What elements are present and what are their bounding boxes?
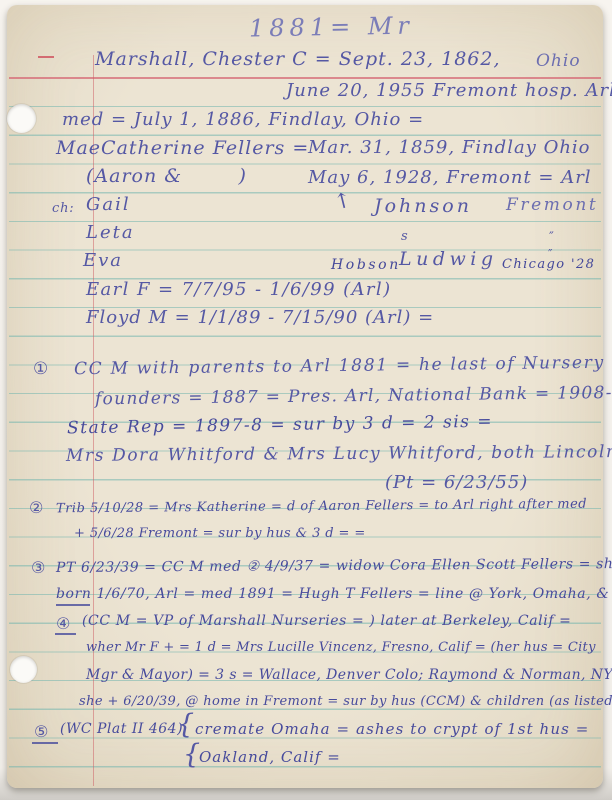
hole-punch-bottom bbox=[10, 656, 37, 683]
note-4-line: she + 6/20/39, @ home in Fremont = sur b… bbox=[79, 695, 612, 708]
child-name: Gail bbox=[86, 196, 131, 214]
underline-mark bbox=[56, 604, 90, 606]
child-note: s bbox=[401, 230, 408, 243]
underline-mark bbox=[32, 742, 58, 744]
brace-icon: { bbox=[177, 711, 195, 738]
child-name: Leta bbox=[86, 224, 135, 242]
hole-punch-top bbox=[7, 104, 36, 133]
note-3-line: born 1/6/70, Arl = med 1891 = Hugh T Fel… bbox=[56, 587, 609, 601]
child-former-spouse: Hobson bbox=[331, 258, 401, 272]
page-heading: 1881= Mr bbox=[249, 14, 414, 41]
ditto-mark: ″ bbox=[549, 231, 555, 244]
child-name-dates: Floyd M = 1/1/89 - 7/15/90 (Arl) = bbox=[86, 309, 434, 327]
subject-birth-place: Ohio bbox=[536, 53, 581, 70]
note-4-line: wher Mr F + = 1 d = Mrs Lucille Vincenz,… bbox=[86, 641, 596, 654]
note-5-line: cremate Omaha = ashes to crypt of 1st hu… bbox=[195, 722, 589, 737]
wife-birth-line: Mar. 31, 1859, Findlay Ohio bbox=[308, 139, 591, 157]
wife-death-line: May 6, 1928, Fremont = Arl bbox=[308, 169, 592, 187]
note-marker-3: ③ bbox=[31, 560, 46, 576]
note-marker-5: ⑤ bbox=[34, 724, 49, 740]
children-label: ch: bbox=[52, 202, 74, 215]
subject-name-birth: Marshall, Chester C = Sept. 23, 1862, bbox=[95, 50, 501, 69]
child-name-dates: Earl F = 7/7/95 - 1/6/99 (Arl) bbox=[86, 281, 392, 299]
note-5-line: Oakland, Calif = bbox=[199, 750, 341, 765]
note-3-line: PT 6/23/39 = CC M med ② 4/9/37 = widow C… bbox=[56, 557, 612, 575]
note-2-line: + 5/6/28 Fremont = sur by hus & 3 d = = bbox=[74, 527, 366, 540]
child-name: Eva bbox=[83, 252, 123, 270]
child-residence: Fremont bbox=[506, 197, 598, 214]
note-marker-2: ② bbox=[29, 500, 44, 516]
marriage-line: med = July 1, 1886, Findlay, Ohio = bbox=[62, 111, 424, 129]
top-margin-rule bbox=[9, 77, 601, 79]
note-1-citation: (Pt = 6/23/55) bbox=[385, 474, 528, 492]
wife-name: MaeCatherine Fellers = bbox=[56, 139, 309, 158]
note-marker-4: ④ bbox=[56, 616, 71, 632]
subject-death-line: June 20, 1955 Fremont hosp. Arl bbox=[286, 82, 612, 100]
child-spouse: Ludwig bbox=[399, 250, 498, 269]
note-marker-1: ① bbox=[33, 361, 49, 378]
note-5-citation: (WC Plat II 464) bbox=[60, 722, 183, 736]
paper-markings: 1881= Mr Marshall, Chester C = Sept. 23,… bbox=[0, 0, 612, 800]
note-1-line: Mrs Dora Whitford & Mrs Lucy Whitford, b… bbox=[66, 444, 612, 465]
child-residence: Chicago '28 bbox=[502, 258, 595, 271]
underline-mark bbox=[55, 633, 76, 635]
scanned-document-page: 1881= Mr Marshall, Chester C = Sept. 23,… bbox=[0, 0, 612, 800]
wife-parents: (Aaron & ) bbox=[86, 167, 247, 186]
margin-tick bbox=[38, 56, 54, 58]
note-4-line: Mgr & Mayor) = 3 s = Wallace, Denver Col… bbox=[86, 668, 612, 682]
note-4-line: (CC M = VP of Marshall Nurseries = ) lat… bbox=[82, 614, 572, 628]
child-spouse: Johnson bbox=[374, 197, 472, 216]
